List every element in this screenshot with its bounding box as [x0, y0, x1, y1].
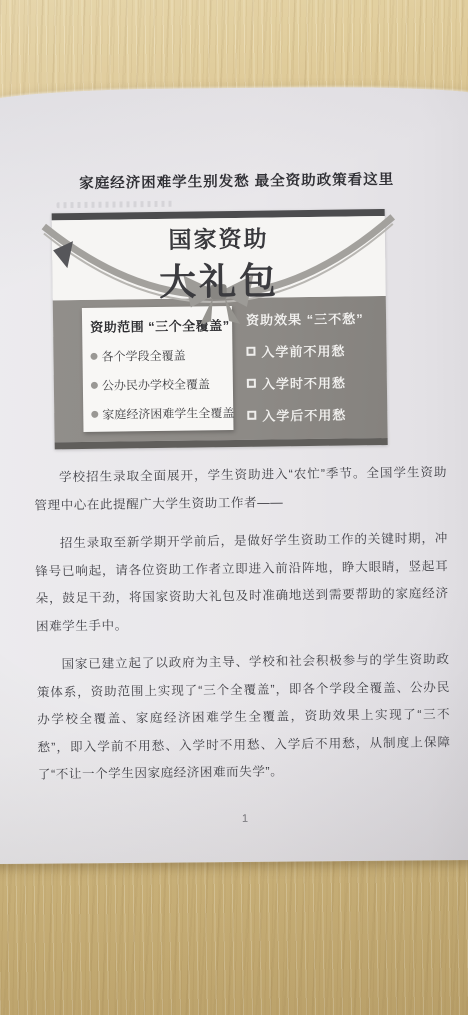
page-number: 1: [39, 810, 452, 827]
list-item: 入学前不用愁: [246, 340, 364, 361]
checkbox-icon: [247, 379, 256, 388]
checkbox-icon: [246, 347, 255, 356]
list-item-label: 入学前不用愁: [261, 341, 345, 361]
document-title: 家庭经济困难学生别发愁 最全资助政策看这里: [30, 167, 443, 193]
list-item-label: 公办民办学校全覆盖: [102, 375, 210, 393]
body-paragraph: 招生录取至新学期开学前后，是做好学生资助工作的关键时期，冲锋号已响起，请各位资助…: [35, 525, 449, 640]
document-page: 家庭经济困难学生别发愁 最全资助政策看这里 国家资助: [0, 86, 468, 864]
bullet-dot-icon: [91, 411, 98, 418]
list-item: 入学后不用愁: [247, 404, 365, 425]
bullet-dot-icon: [91, 382, 98, 389]
list-item-label: 入学时不用愁: [262, 373, 346, 393]
bullet-dot-icon: [90, 353, 97, 360]
banner-title-line2: 大礼包: [52, 249, 386, 307]
infographic-banner: 国家资助 大礼包: [52, 216, 386, 300]
list-item: 公办民办学校全覆盖: [91, 375, 227, 394]
page-content: 家庭经济困难学生别发愁 最全资助政策看这里 国家资助: [0, 85, 468, 828]
document-body: 学校招生录取全面展开，学生资助进入“农忙”季节。全国学生资助管理中心在此提醒广大…: [34, 459, 451, 789]
list-item-label: 入学后不用愁: [262, 405, 346, 425]
list-item: 各个学段全覆盖: [90, 346, 226, 365]
body-paragraph: 国家已建立起了以政府为主导、学校和社会积极参与的学生资助政策体系，资助范围上实现…: [36, 646, 451, 789]
list-item: 入学时不用愁: [247, 372, 365, 393]
list-item-label: 家庭经济困难学生全覆盖: [102, 404, 234, 423]
list-item-label: 各个学段全覆盖: [101, 347, 185, 365]
aid-package-infographic: 国家资助 大礼包 资助范围 “三个全覆盖” 各个学段全覆盖 公办民办学校全覆盖: [52, 209, 388, 449]
checkbox-icon: [247, 411, 256, 420]
body-paragraph: 学校招生录取全面展开，学生资助进入“农忙”季节。全国学生资助管理中心在此提醒广大…: [34, 459, 448, 519]
list-item: 家庭经济困难学生全覆盖: [91, 404, 227, 423]
faint-print-meta-line: [56, 201, 174, 209]
